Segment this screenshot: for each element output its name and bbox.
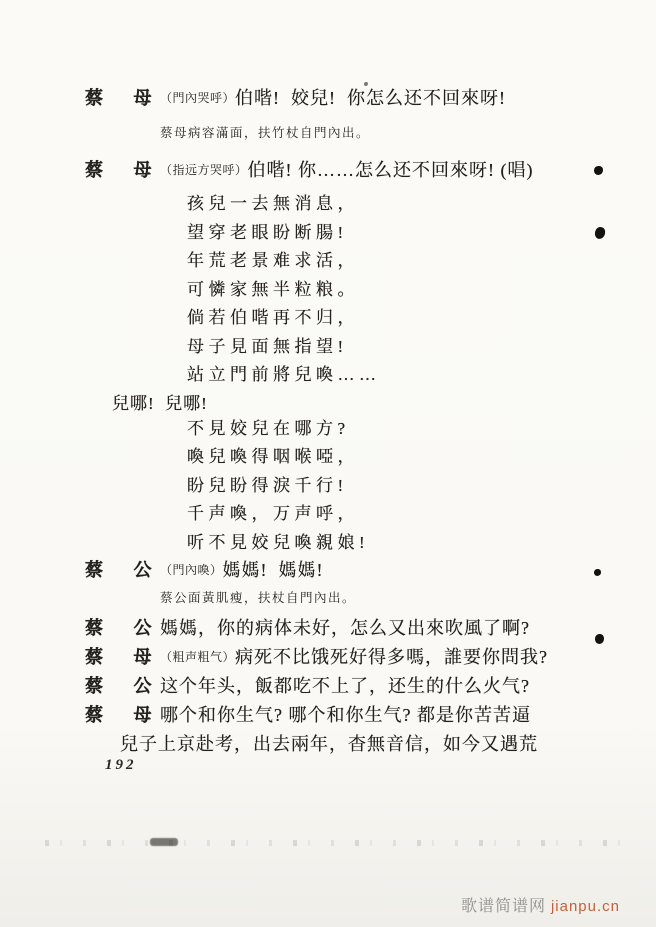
cry-line: 兒哪! 兒哪!: [85, 389, 634, 414]
stage-line: 蔡母病容滿面，扶竹杖自門內出。: [85, 120, 634, 156]
stage-direction-inline: （門內哭呼）: [160, 84, 235, 106]
verse-line: 倘若伯喈再不归，: [85, 303, 634, 332]
line-text: 喚兒喚得咽喉啞，: [85, 442, 359, 467]
dialogue-line: 蔡 公媽媽，你的病体未好，怎么又出來吹風了啊?: [85, 614, 634, 643]
line-text: 望穿老眼盼断腸!: [85, 218, 348, 243]
verse-line: 母子見面無指望!: [85, 332, 634, 361]
scan-bleedthrough-band: [45, 840, 620, 846]
line-text: 蔡公面黃肌瘦，扶杖自門內出。: [85, 585, 356, 606]
line-text: 这个年头，飯都吃不上了，还生的什么火气?: [160, 672, 530, 698]
dialogue-line: 蔡 公这个年头，飯都吃不上了，还生的什么火气?: [85, 672, 634, 701]
speaker-name: 蔡 母: [85, 156, 160, 182]
watermark-url: jianpu.cn: [551, 898, 620, 915]
verse-line: 站立門前將兒喚……: [85, 360, 634, 389]
line-text: 年荒老景难求活，: [85, 246, 359, 271]
line-text: 伯喈! 姣兒! 你怎么还不回來呀!: [235, 84, 506, 110]
line-text: 千声喚，万声呼，: [85, 499, 359, 524]
verse-line: 望穿老眼盼断腸!: [85, 218, 634, 247]
line-text: 盼兒盼得淚千行!: [85, 471, 348, 496]
dialogue-line: 蔡 母（指远方哭呼）伯喈! 你……怎么还不回來呀! (唱): [85, 156, 634, 189]
line-text: 伯喈! 你……怎么还不回來呀! (唱): [248, 156, 534, 182]
line-text: 病死不比饿死好得多嗎，誰要你問我?: [235, 643, 548, 669]
speaker-name: 蔡 公: [85, 556, 160, 582]
verse-line: 孩兒一去無消息，: [85, 189, 634, 218]
line-text: 倘若伯喈再不归，: [85, 303, 359, 328]
continuation-line: 兒子上京赴考，出去兩年，杳無音信，如今又遇荒: [85, 730, 634, 759]
dialogue-line: 蔡 母哪个和你生气? 哪个和你生气? 都是你苦苦逼: [85, 701, 634, 730]
verse-line: 年荒老景难求活，: [85, 246, 634, 275]
verse-line: 喚兒喚得咽喉啞，: [85, 442, 634, 471]
speaker-name: 蔡 母: [85, 701, 160, 727]
scan-bleedthrough-blob: [150, 838, 178, 846]
page-number: 192: [85, 757, 634, 774]
line-text: 母子見面無指望!: [85, 332, 348, 357]
line-text: 哪个和你生气? 哪个和你生气? 都是你苦苦逼: [160, 701, 531, 727]
speaker-name: 蔡 母: [85, 643, 160, 669]
line-text: 可憐家無半粒粮。: [85, 275, 359, 300]
speaker-name: 蔡 公: [85, 614, 160, 640]
verse-line: 不見姣兒在哪方?: [85, 414, 634, 443]
script-body: 蔡 母（門內哭呼）伯喈! 姣兒! 你怎么还不回來呀!蔡母病容滿面，扶竹杖自門內出…: [85, 84, 634, 774]
dialogue-line: 蔡 母（門內哭呼）伯喈! 姣兒! 你怎么还不回來呀!: [85, 84, 634, 120]
line-text: 蔡母病容滿面，扶竹杖自門內出。: [85, 120, 370, 141]
verse-line: 可憐家無半粒粮。: [85, 275, 634, 304]
line-text: 站立門前將兒喚……: [85, 360, 381, 385]
speaker-name: 蔡 公: [85, 672, 160, 698]
speaker-name: 蔡 母: [85, 84, 160, 110]
dialogue-line: 蔡 母（粗声粗气）病死不比饿死好得多嗎，誰要你問我?: [85, 643, 634, 672]
stage-direction-inline: （粗声粗气）: [160, 643, 235, 665]
watermark: 歌谱简谱网 jianpu.cn: [461, 893, 620, 916]
line-text: 不見姣兒在哪方?: [85, 414, 350, 439]
verse-line: 千声喚，万声呼，: [85, 499, 634, 528]
line-text: 兒哪! 兒哪!: [85, 389, 208, 414]
verse-line: 听不見姣兒喚親娘!: [85, 528, 634, 557]
line-text: 媽媽! 媽媽!: [223, 556, 324, 582]
stage-line: 蔡公面黃肌瘦，扶杖自門內出。: [85, 585, 634, 614]
stage-direction-inline: （指远方哭呼）: [160, 156, 248, 178]
line-text: 兒子上京赴考，出去兩年，杳無音信，如今又遇荒: [85, 730, 538, 756]
dialogue-line: 蔡 公（門內喚）媽媽! 媽媽!: [85, 556, 634, 585]
line-text: 孩兒一去無消息，: [85, 189, 359, 214]
scanned-script-page: 蔡 母（門內哭呼）伯喈! 姣兒! 你怎么还不回來呀!蔡母病容滿面，扶竹杖自門內出…: [0, 0, 656, 927]
line-text: 媽媽，你的病体未好，怎么又出來吹風了啊?: [160, 614, 530, 640]
verse-line: 盼兒盼得淚千行!: [85, 471, 634, 500]
stage-direction-inline: （門內喚）: [160, 556, 223, 578]
line-text: 听不見姣兒喚親娘!: [85, 528, 369, 553]
watermark-site-name: 歌谱简谱网: [461, 898, 551, 915]
